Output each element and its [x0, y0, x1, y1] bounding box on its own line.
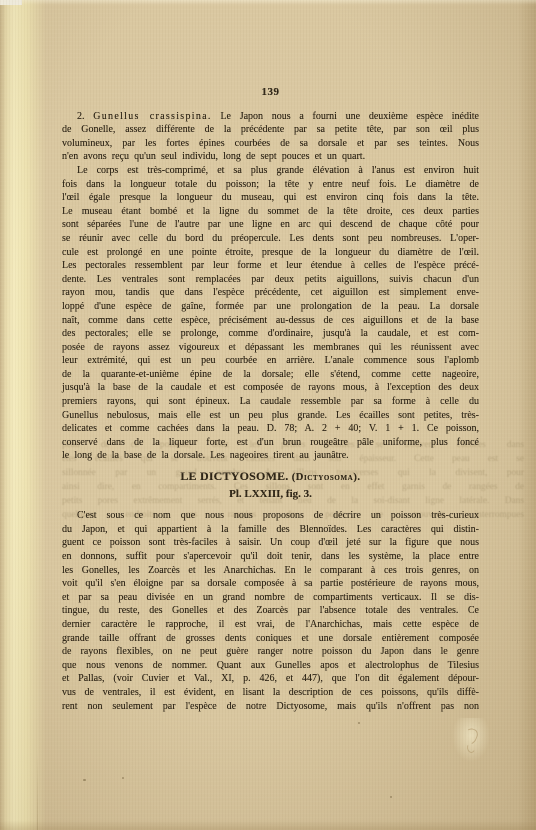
text-line: n'en avons reçu qu'un seul individu, lon… — [62, 150, 479, 164]
scanned-book-page: peau de ce poisson, dont les petites éca… — [0, 0, 536, 830]
text-line: que nous venons de nommer. Quant aux Gun… — [62, 659, 479, 673]
text-line: dernier caractère le rapproche, il est v… — [62, 618, 479, 632]
text-line: de Gonelle, assez différente de la précé… — [62, 123, 479, 137]
ink-speck — [83, 779, 86, 781]
paper-edge-right — [518, 0, 536, 830]
text-line: et par sa peau divisée en un grand nombr… — [62, 591, 479, 605]
text-line: vus de ventrales, il est évident, en lis… — [62, 686, 479, 700]
plate-reference: Pl. LXXIII, fig. 3. — [62, 488, 479, 502]
paper-corner-top-left — [0, 0, 22, 5]
text-line: de rayons flexibles, on ne peut guère ra… — [62, 645, 479, 659]
text-line: Les pectorales ressemblent par leur form… — [62, 259, 479, 273]
paragraph: 2. Gunellus crassispina. Le Japon nous a… — [62, 110, 479, 164]
text-line: fois dans la longueur totale du poisson;… — [62, 178, 479, 192]
text-line: dente. Les ventrales sont remplacées par… — [62, 273, 479, 287]
text-line: cule est prolongé en une pointe étroite,… — [62, 246, 479, 260]
text-line: volumineux, par les fortes épines courbé… — [62, 137, 479, 151]
text-line: tingue, du reste, des Gonelles et des Zo… — [62, 604, 479, 618]
text-span: 2. — [77, 111, 93, 122]
text-line: et Pallas, (voir Cuvier et Val., XI, p. … — [62, 672, 479, 686]
text-line: rent non seulement par l'espèce de notre… — [62, 700, 479, 714]
text-line: 2. Gunellus crassispina. Le Japon nous a… — [62, 110, 479, 124]
text-line: grande taille offrant de grosses dents c… — [62, 632, 479, 646]
text-line: leur extrémité, qui est un peu courbée e… — [62, 354, 479, 368]
text-line: posée de rayons assez vigoureux et dépas… — [62, 341, 479, 355]
section-heading: LE DICTYOSOME. (Dictyosoma). — [62, 470, 479, 485]
text-line: rayon mou, tandis que dans l'espèce préc… — [62, 286, 479, 300]
paper-edge-left — [0, 0, 46, 830]
text-line: voit qu'il s'en éloigne par sa dorsale c… — [62, 577, 479, 591]
text-line: de la quarante-et-unième épine de la dor… — [62, 368, 479, 382]
text-line: en donnons, suffit pour s'apercevoir qu'… — [62, 550, 479, 564]
text-line: loppé d'une espèce de gaîne, formée par … — [62, 300, 479, 314]
text-line: Le museau étant bombé et la ligne du som… — [62, 205, 479, 219]
paper-crease — [37, 752, 38, 830]
text-line: les Gonelles, les Zoarcès et les Anarchi… — [62, 564, 479, 578]
paper-edge-bottom — [0, 820, 536, 830]
text-line: premiers rayons, qui sont épineux. La ca… — [62, 395, 479, 409]
text-line: Gunellus nebulosus, mais elle est un peu… — [62, 409, 479, 423]
text-line: conservé dans de la liqueur forte, est d… — [62, 436, 479, 450]
text-line: se réunir avec celle du bord du préoperc… — [62, 232, 479, 246]
text-block: 139 2. Gunellus crassispina. Le Japon no… — [62, 86, 479, 713]
page-number: 139 — [62, 86, 479, 100]
section-title: LE DICTYOSOME. — [180, 469, 291, 483]
paragraph: Le corps est très-comprimé, et sa plus g… — [62, 164, 479, 463]
text-line: sont séparées l'une de l'autre par une l… — [62, 218, 479, 232]
ink-speck — [122, 777, 124, 779]
text-line: guent ce poisson sont très-faciles à sai… — [62, 536, 479, 550]
text-line: Le corps est très-comprimé, et sa plus g… — [62, 164, 479, 178]
text-line: delicates et comme cachées dans la peau.… — [62, 422, 479, 436]
species-name: Gunellus crassispina. — [93, 111, 212, 122]
ink-speck — [390, 796, 392, 798]
ink-speck — [358, 722, 360, 724]
text-line: le long de la base de la dorsale. Les na… — [62, 449, 479, 463]
text-line: des pectorales; elle se prolonge, comme … — [62, 327, 479, 341]
text-line: C'est sous ce nom que nous nous proposon… — [62, 509, 479, 523]
text-span: Le Japon nous a fourni une deuxième espè… — [212, 111, 479, 122]
text-line: naît, comme dans cette espèce, préciséme… — [62, 314, 479, 328]
text-line: du Japon, et qui appartient à la famille… — [62, 523, 479, 537]
text-line: l'œil égale presque la longueur du musea… — [62, 191, 479, 205]
paragraph: C'est sous ce nom que nous nous proposon… — [62, 509, 479, 713]
section-latin-name: (Dictyosoma). — [292, 472, 361, 483]
text-line: jusqu'à la base de la caudale et est com… — [62, 381, 479, 395]
paper-edge-top — [0, 0, 536, 5]
